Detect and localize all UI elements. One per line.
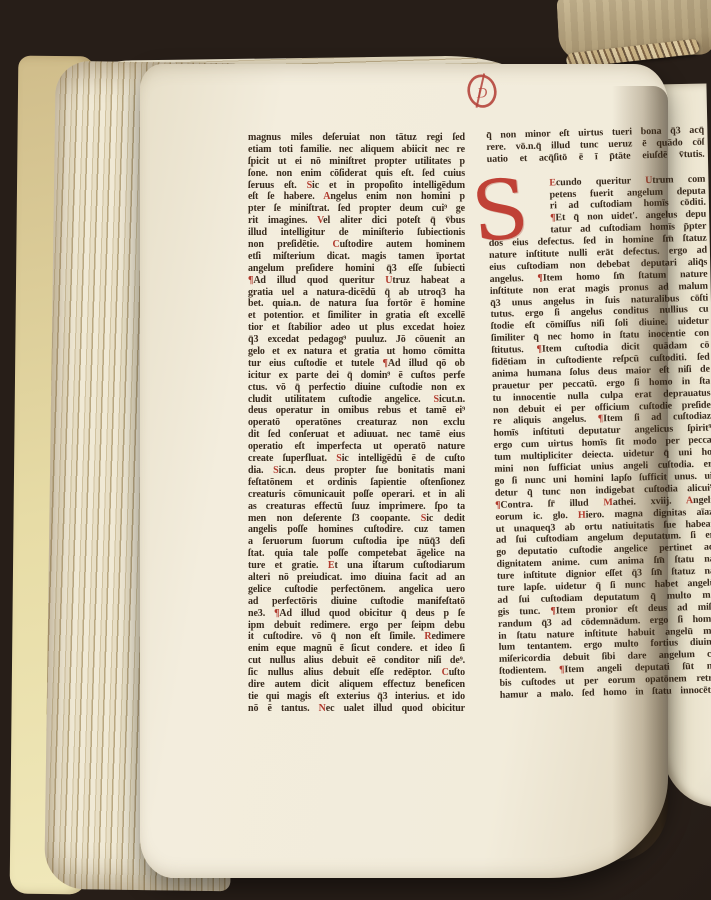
rubric-mark: S — [273, 465, 278, 476]
text-line: a ſeruorum ſuorum cuſtodia ipe nūq̄3 deſ… — [248, 536, 465, 548]
text-line: ſtat. quia tale poſſe competebat āgelice… — [248, 548, 465, 560]
rubric-mark: A — [323, 191, 330, 202]
rubric-mark: ¶ — [495, 499, 501, 510]
recto-page: D magnus miles deſeruiat non tātuz regi … — [140, 64, 668, 878]
rubric-mark: R — [424, 631, 431, 642]
text-line: ſeruus eſt. Sic et in propoſito intellig… — [248, 180, 465, 192]
text-line: ſic nullus alius debuit eſſe redēptor. C… — [248, 667, 465, 679]
rubric-mark: S — [307, 180, 312, 191]
text-line: illud intelligitur de miniſterio ſubiect… — [248, 227, 465, 239]
initial-letter: S — [468, 168, 532, 255]
rubric-mark: ¶ — [383, 358, 388, 369]
rubric-mark: E — [549, 177, 556, 188]
photograph: D magnus miles deſeruiat non tātuz regi … — [0, 0, 711, 900]
text-line: dire autem dicit aliquem effectuz benefi… — [248, 679, 465, 691]
text-line: cut nullus alius debuit eē conditor niſi… — [248, 655, 465, 667]
text-line: ¶Ad illud quod queritur Utruz habeat a — [248, 275, 465, 287]
rubric-mark: V — [317, 215, 323, 226]
text-line: angelis poſſe homines cuſtodire. cuz tam… — [248, 524, 465, 536]
text-line: ſone. non enim cōſiderat quis eſt. ſed c… — [248, 168, 465, 180]
text-line: ipm debuit redimere. ergo per ſeipm debu — [248, 620, 465, 632]
rubric-mark: ¶ — [550, 605, 556, 616]
text-line: gratia uel a natura-dicēdū q̄ ab utroq3 … — [248, 287, 465, 299]
rubric-mark: U — [385, 275, 392, 286]
text-line: as creaturas effectū ſuuz imprimere. ſpo… — [248, 501, 465, 513]
text-line: feſtatōnem et ordinis ſapientie oſtenſio… — [248, 477, 465, 489]
text-line: ture et gratie. Et una iſtarum cuſtodiar… — [248, 560, 465, 572]
text-line: ſpicit ut ei nō miniſtret propter utilit… — [248, 156, 465, 168]
text-line: gelo et ex natura et gratia ut homo cōmi… — [248, 346, 465, 358]
text-line: ne3. ¶Ad illud quod obicitur q̄ deus p ſ… — [248, 608, 465, 620]
rubric-mark: C — [442, 667, 449, 678]
text-line: q̄3 excedat pedagog⁹ puuluz. Jō cōuenit … — [248, 334, 465, 346]
text-column-left: magnus miles deſeruiat non tātuz regi ſe… — [248, 132, 465, 715]
rubric-mark: ¶ — [248, 275, 253, 286]
text-line: ctus. vō q̄ perfectio diuine cuſtodie no… — [248, 382, 465, 394]
rubric-mark: S — [434, 394, 439, 405]
text-line: it cuſtodire. vō q̄ non eſt ſimile. Redi… — [248, 631, 465, 643]
text-line: deus operatur in omibus rebus et tamē ei… — [248, 405, 465, 417]
text-line: eſt ſe habere. Angelus enim non homini p — [248, 191, 465, 203]
text-line: alteri nō preiudicat. imo diuina facit a… — [248, 572, 465, 584]
text-line: magnus miles deſeruiat non tātuz regi ſe… — [248, 132, 465, 144]
text-line: tior et ſtabilior adeo ut plus excedat h… — [248, 322, 465, 334]
text-line: gelice cuſtodie perfectōnem. angelica ue… — [248, 584, 465, 596]
text-line: pter ſe miniſtrat. ſed propter deum cui⁹… — [248, 203, 465, 215]
rubric-mark: ¶ — [598, 414, 604, 425]
text-line: creaturis cōmunicauit poſſe operari. et … — [248, 489, 465, 501]
text-line: nō ē tantus. Nec ualet illud quod obicit… — [248, 703, 465, 715]
rubric-mark: ¶ — [537, 272, 543, 283]
quire-mark-icon: D — [460, 70, 504, 110]
text-line: men non deſerente ſ3 coopante. Sic dedit — [248, 513, 465, 525]
text-line: tie qui magis eſt exterius q̄3 interius.… — [248, 691, 465, 703]
text-line: non preſidētie. Cuſtodire autem hominem — [248, 239, 465, 251]
quire-mark-letter: D — [476, 86, 488, 102]
intro-lines: q̄ non minor eſt uirtus tueri bona q̄3 a… — [486, 125, 705, 166]
text-line: rit imagines. Vel aliter dici poteſt q̄ … — [248, 215, 465, 227]
text-line: operatio eſt imperfecta ut operatō natur… — [248, 441, 465, 453]
text-line: etſi miſterium dicat. magis tamen īporta… — [248, 251, 465, 263]
text-line: create ſuperfluat. Sic intelligēdū ē de … — [248, 453, 465, 465]
rubric-mark: ¶ — [536, 344, 542, 355]
rubric-mark: ¶ — [559, 664, 565, 675]
text-line: tur eius cuſtodie et tutele ¶Ad illud qō… — [248, 358, 465, 370]
rubric-mark: S — [336, 453, 341, 464]
rubric-mark: C — [333, 239, 340, 250]
text-column-right: q̄ non minor eſt uirtus tueri bona q̄3 a… — [486, 125, 711, 702]
rubric-mark: E — [328, 560, 335, 571]
text-line: dit ſed conſeruat et adiuuat. nec tamē e… — [248, 429, 465, 441]
rubric-mark: H — [578, 509, 586, 520]
rubric-mark: M — [603, 497, 613, 508]
text-line: cludit utilitatem cuſtodie angelice. Sic… — [248, 394, 465, 406]
question-section: S Ecundo queritur Utrum competens fuerit… — [487, 173, 711, 701]
rubric-mark: ¶ — [274, 608, 279, 619]
rubric-mark: S — [421, 513, 426, 524]
text-line: operatō operatōnes creaturaz non exclu — [248, 417, 465, 429]
text-line: enim eque magnū ē ſicut condere. et ideo… — [248, 643, 465, 655]
text-line: icitur ex parte dei q̄ domin⁹ ē cuſtos p… — [248, 370, 465, 382]
text-line: bet. quia.n. de natura ſua fortōr ē homi… — [248, 298, 465, 310]
text-line: et potentior. et ſimiliter in gratia eſt… — [248, 310, 465, 322]
rubric-mark: U — [645, 175, 652, 186]
rubric-mark: A — [686, 495, 693, 506]
rubric-mark: ¶ — [550, 213, 556, 224]
rubric-mark: N — [319, 703, 326, 714]
text-line: dia. Sic.n. deus propter ſue bonitatis m… — [248, 465, 465, 477]
text-line: angelum preſidere homini q̄3 eſſe ſubiec… — [248, 263, 465, 275]
quire-mark: D — [460, 70, 504, 110]
text-line: etiam toti familie. nec aliquem abiicit … — [248, 144, 465, 156]
text-line: ad perfectōris diuine cuſtodie manifeſta… — [248, 596, 465, 608]
